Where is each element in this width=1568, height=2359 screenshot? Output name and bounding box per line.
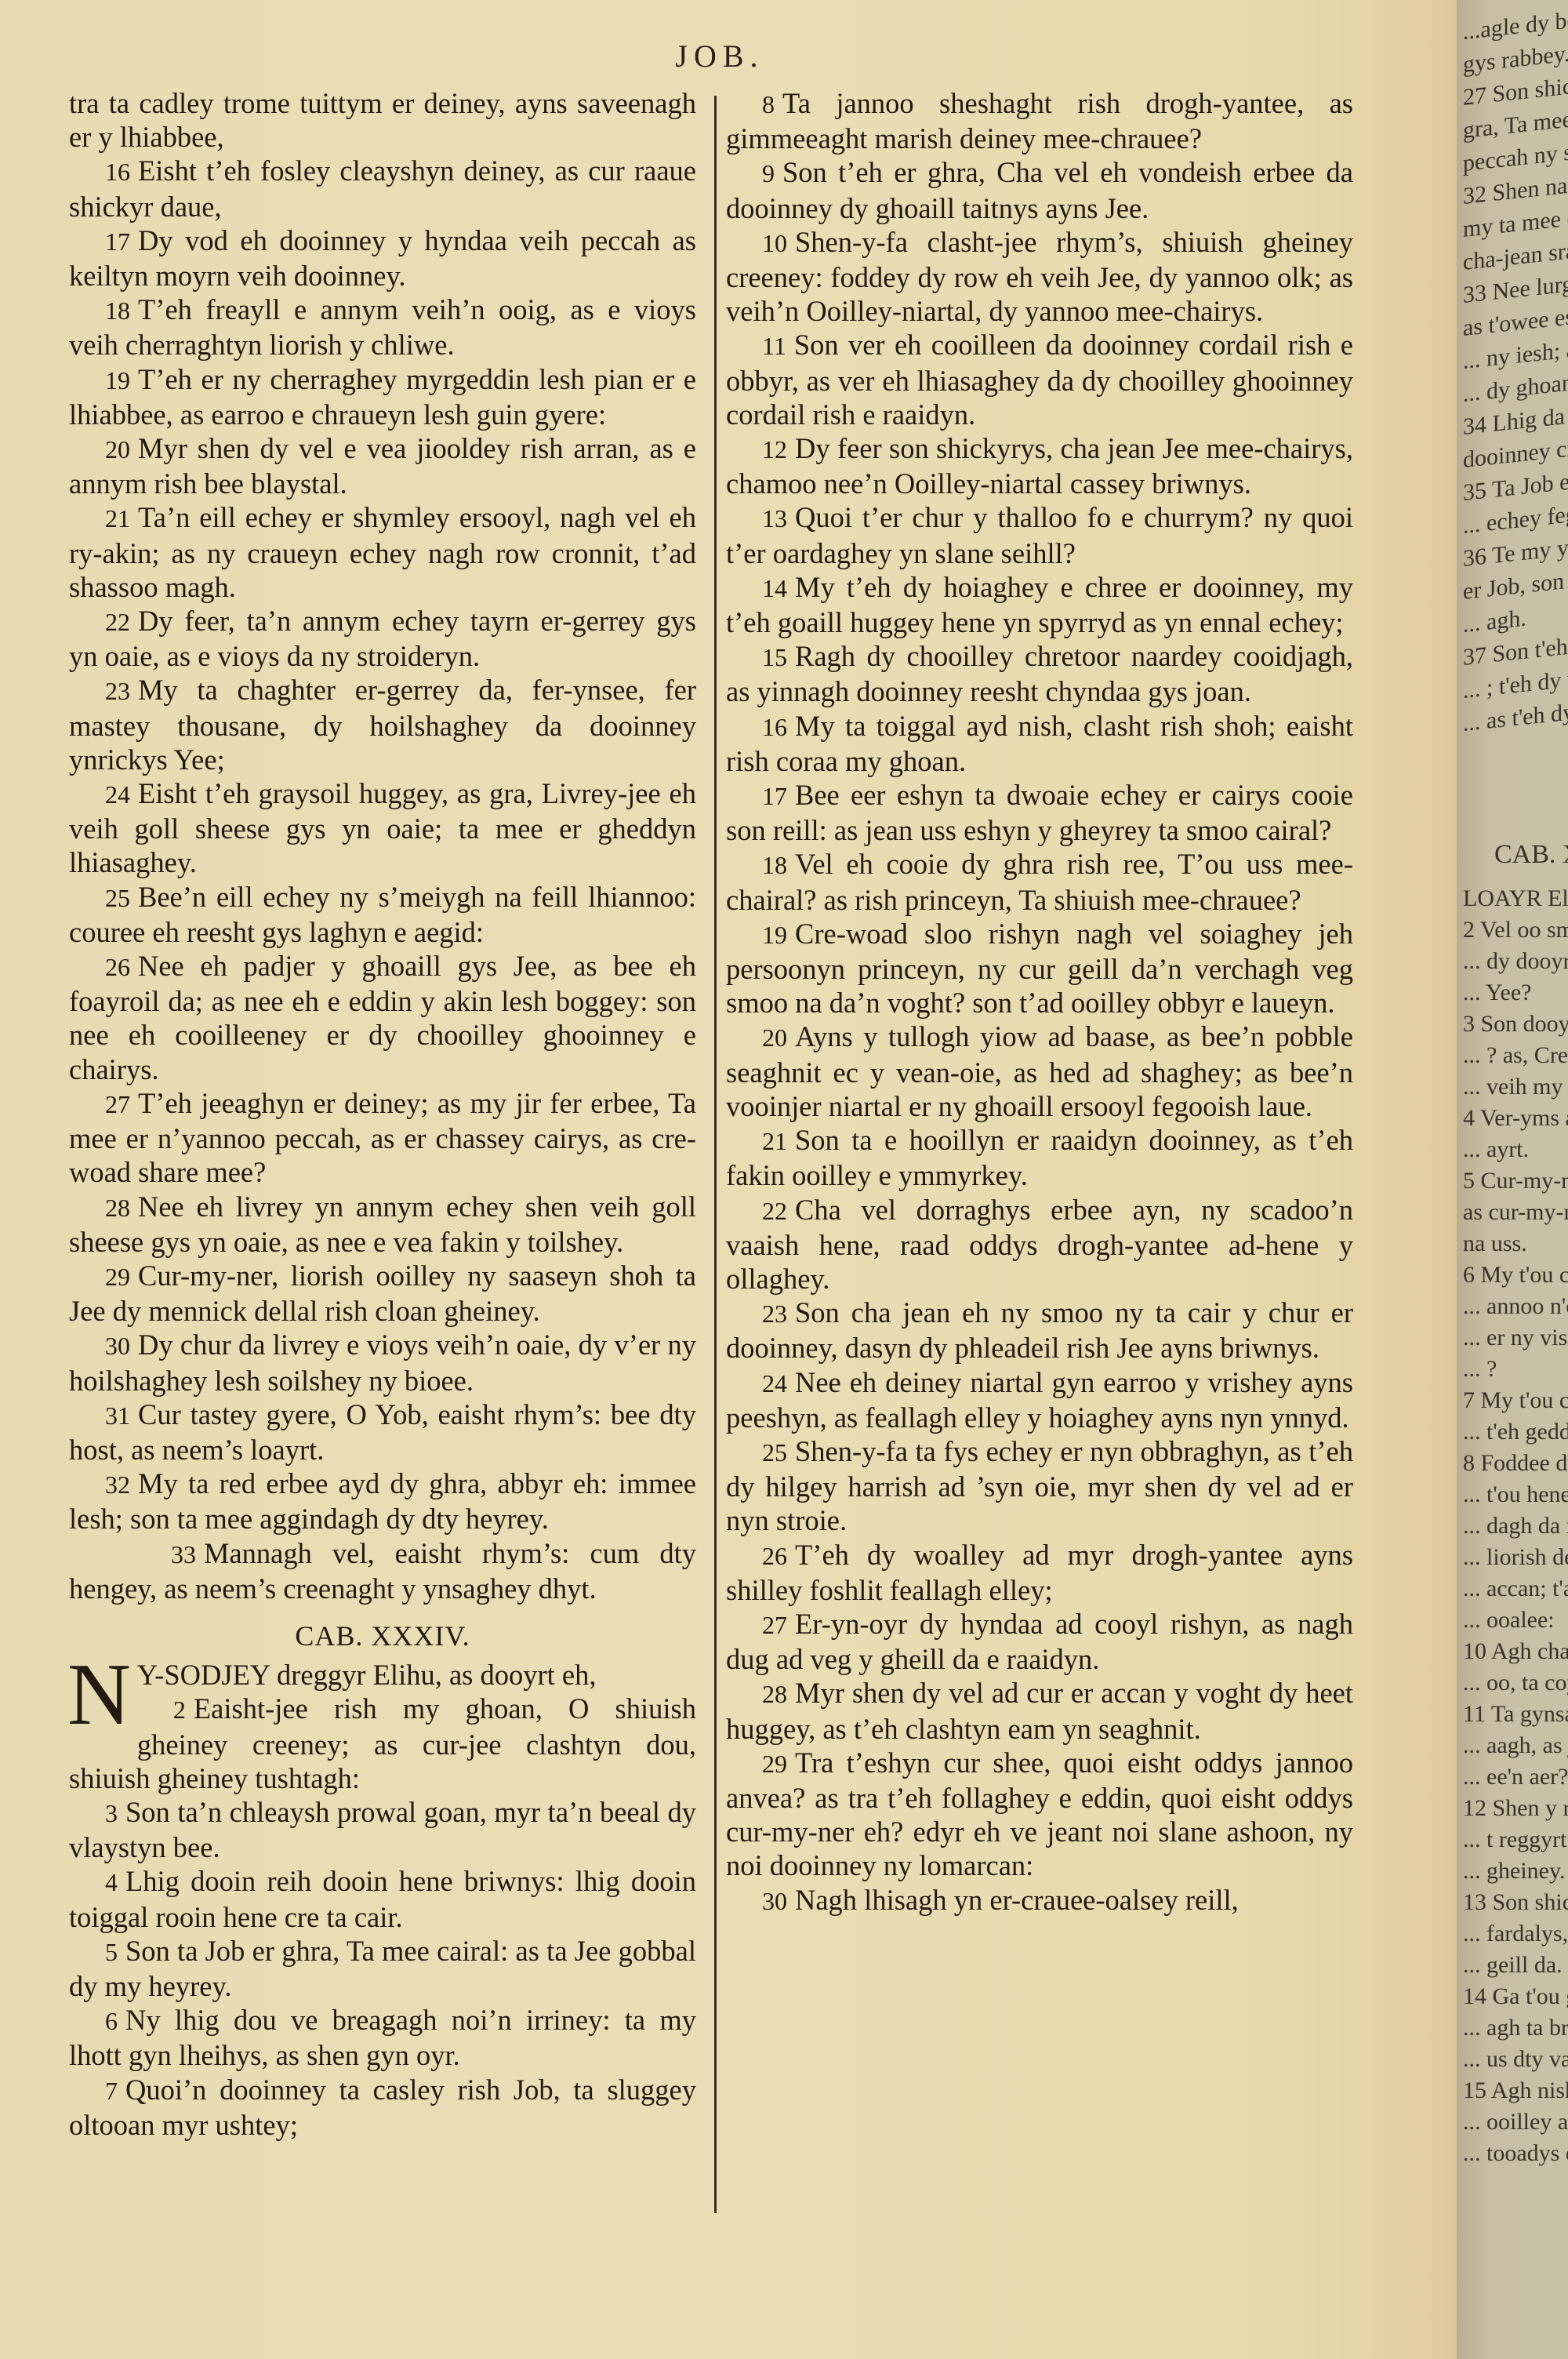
adjacent-page-line: ... accan; t'ad geam xyxy=(1463,1573,1568,1605)
verse-text: Son ta’n chleaysh prowal goan, myr ta’n … xyxy=(69,1796,696,1863)
adjacent-page-line: ... dy dooyrt oo, Ta xyxy=(1463,946,1568,977)
verse-number: 17 xyxy=(105,227,130,256)
adjacent-page-line: 13 Son shickyrys cha jean xyxy=(1463,1887,1568,1918)
verse-number: 7 xyxy=(105,2077,118,2105)
verse: 26T’eh dy woalley ad myr drogh-yantee ay… xyxy=(726,1538,1353,1607)
verse-number: 4 xyxy=(105,1868,118,1896)
verse: 21Ta’n eill echey er shymley ersooyl, na… xyxy=(69,500,696,604)
verse: 17Bee eer eshyn ta dwoaie echey er cairy… xyxy=(726,778,1353,847)
verse-text: Ayns y tullogh yiow ad baase, as bee’n p… xyxy=(726,1020,1353,1121)
verse-text: Shen-y-fa ta fys echey er nyn obbraghyn,… xyxy=(726,1435,1353,1536)
verse-number: 23 xyxy=(105,677,130,705)
verse: 31Cur tastey gyere, O Yob, eaisht rhym’s… xyxy=(69,1398,696,1467)
verse: 29Tra t’eshyn cur shee, quoi eisht oddys… xyxy=(726,1746,1353,1883)
verse: 30Dy chur da livrey e vioys veih’n oaie,… xyxy=(69,1328,696,1397)
verse: 29Cur-my-ner, liorish ooilley ny saaseyn… xyxy=(69,1259,696,1328)
adjacent-page-line: as cur-my-ner ny bod xyxy=(1463,1197,1568,1228)
verse-text: Dy vod eh dooinney y hyndaa veih peccah … xyxy=(69,224,696,292)
verse-continuation: tra ta cadley trome tuittym er deiney, a… xyxy=(69,86,696,154)
adjacent-page-line: ... ? xyxy=(1463,1354,1568,1385)
adjacent-page-line: 10 Agh cha vel unnane xyxy=(1463,1636,1568,1667)
adjacent-page-line: ... tooadys e hen xyxy=(1463,2138,1568,2169)
verse-number: 26 xyxy=(762,1542,787,1570)
adjacent-page-line: ... oo, ta coyrt arraney xyxy=(1463,1667,1568,1699)
verse-text: Ta jannoo sheshaght rish drogh-yantee, a… xyxy=(726,87,1353,154)
verse-number: 24 xyxy=(762,1369,787,1398)
verse: 16My ta toiggal ayd nish, clasht rish sh… xyxy=(726,709,1353,778)
verse-number: 3 xyxy=(105,1799,118,1827)
verse-number: 16 xyxy=(105,158,130,186)
verse-text: Nee eh deiney niartal gyn earroo y vrish… xyxy=(726,1366,1353,1434)
verse-number: 28 xyxy=(762,1680,787,1708)
verse-text: Son cha jean eh ny smoo ny ta cair y chu… xyxy=(726,1296,1353,1364)
verse-text: Myr shen dy vel e vea jiooldey rish arra… xyxy=(69,432,696,500)
verse-text: Er-yn-oyr dy hyndaa ad cooyl rishyn, as … xyxy=(726,1608,1353,1675)
verse-number: 13 xyxy=(762,504,787,533)
verse-number: 28 xyxy=(105,1194,130,1222)
adjacent-page-line: ... agh ta briwnys kiongoyrt xyxy=(1463,2012,1568,2044)
verse-number: 26 xyxy=(105,953,130,981)
verse-number: 20 xyxy=(105,435,130,463)
verse-text: Son ta Job er ghra, Ta mee cairal: as ta… xyxy=(69,1935,696,2002)
verse-text: Dy chur da livrey e vioys veih’n oaie, d… xyxy=(69,1329,696,1396)
chapter-heading: CAB. XXXIV. xyxy=(69,1619,696,1653)
verse-text: Quoi t’er chur y thalloo fo e churrym? n… xyxy=(726,501,1353,569)
verse-text: Son ta e hooillyn er raaidyn dooinney, a… xyxy=(726,1124,1353,1191)
verse: 3Son ta’n chleaysh prowal goan, myr ta’n… xyxy=(69,1795,696,1864)
drop-cap: N xyxy=(67,1661,131,1728)
verse-number: 11 xyxy=(762,332,786,360)
adjacent-page-line: ... ayrt. xyxy=(1463,1134,1568,1165)
verse-number: 20 xyxy=(762,1023,787,1052)
adjacent-page-line: ... ooilley ayns e yymmoose xyxy=(1463,2106,1568,2138)
verse-text: Son ver eh cooilleen da dooinney cordail… xyxy=(726,329,1353,430)
verse-text: Quoi’n dooinney ta casley rish Job, ta s… xyxy=(69,2074,696,2141)
verse-text: Son t’eh er ghra, Cha vel eh vondeish er… xyxy=(726,156,1353,224)
left-column: tra ta cadley trome tuittym er deiney, a… xyxy=(69,86,696,2142)
verse-number: 29 xyxy=(762,1750,787,1778)
verse-text: T’eh dy woalley ad myr drogh-yantee ayns… xyxy=(726,1539,1353,1606)
verse-text: Cur-my-ner, liorish ooilley ny saaseyn s… xyxy=(69,1259,696,1327)
verse-text: Tra t’eshyn cur shee, quoi eisht oddys j… xyxy=(726,1747,1353,1882)
adjacent-page-line: ... veih my pheccah? xyxy=(1463,1071,1568,1103)
verse-number: 29 xyxy=(105,1263,130,1291)
adjacent-page-line: ... ooalee: xyxy=(1463,1605,1568,1636)
verse-text: Nagh lhisagh yn er-crauee-oalsey reill, xyxy=(795,1884,1239,1916)
verse-number: 19 xyxy=(105,366,130,394)
verse-number: 9 xyxy=(762,159,775,187)
adjacent-page-line: ... ? as, Cre'n cosney ve xyxy=(1463,1040,1568,1071)
verse-number: 25 xyxy=(105,884,130,912)
verse-text: T’eh er ny cherraghey myrgeddin lesh pia… xyxy=(69,363,696,431)
verse: 12Dy feer son shickyrys, cha jean Jee me… xyxy=(726,431,1353,500)
verse-number: 2 xyxy=(173,1696,186,1724)
verse-number: 22 xyxy=(762,1197,787,1225)
verse: 6Ny lhig dou ve breagagh noi’n irriney: … xyxy=(69,2003,696,2072)
adjacent-page-line: ... t reggyrt ad, kyndagh xyxy=(1463,1824,1568,1856)
verse: 13Quoi t’er chur y thalloo fo e churrym?… xyxy=(726,500,1353,569)
adjacent-page-line: ... ee'n aer? xyxy=(1463,1761,1568,1793)
verse-number: 5 xyxy=(105,1938,118,1966)
verse-number: 31 xyxy=(105,1401,130,1430)
verse-text: Dy feer, ta’n annym echey tayrn er-gerre… xyxy=(69,605,696,672)
verse: 16Eisht t’eh fosley cleayshyn deiney, as… xyxy=(69,154,696,223)
verse-number: 25 xyxy=(762,1438,787,1467)
verse: 25Bee’n eill echey ny s’meiygh na feill … xyxy=(69,880,696,949)
verse: 11Son ver eh cooilleen da dooinney corda… xyxy=(726,328,1353,431)
verse-number: 8 xyxy=(762,90,775,118)
adjacent-page-line: ... dagh da mac dooin xyxy=(1463,1510,1568,1542)
verse: 21Son ta e hooillyn er raaidyn dooinney,… xyxy=(726,1123,1353,1192)
adjacent-page-lower-text: CAB. XXXV. LOAYR Elihu ny-sodj2 Vel oo s… xyxy=(1463,839,1568,2169)
verse: 4Lhig dooin reih dooin hene briwnys: lhi… xyxy=(69,1864,696,1933)
verse-number: 27 xyxy=(762,1611,787,1639)
verse-text: My ta toiggal ayd nish, clasht rish shoh… xyxy=(726,710,1353,777)
verse: 17Dy vod eh dooinney y hyndaa veih pecca… xyxy=(69,224,696,293)
verse-text: Cur tastey gyere, O Yob, eaisht rhym’s: … xyxy=(69,1398,696,1466)
verse-text: My ta red erbee ayd dy ghra, abbyr eh: i… xyxy=(69,1467,696,1535)
verse: 18Vel eh cooie dy ghra rish ree, T’ou us… xyxy=(726,847,1353,916)
verse: 30Nagh lhisagh yn er-crauee-oalsey reill… xyxy=(726,1883,1353,1918)
verse-number: 27 xyxy=(105,1090,130,1118)
adjacent-page-line: ... liorish dewilys y tra xyxy=(1463,1542,1568,1573)
verse: 8Ta jannoo sheshaght rish drogh-yantee, … xyxy=(726,86,1353,155)
verse: 22Dy feer, ta’n annym echey tayrn er-ger… xyxy=(69,604,696,673)
adjacent-page-upper-text: ...agle dy beagh y rgys rabbey.27 Son sh… xyxy=(1463,0,1568,740)
adjacent-page-line: ... us dty varrant ersyn. xyxy=(1463,2044,1568,2075)
chapter-intro-text: Y-SODJEY dreggyr Elihu, as dooyrt eh, xyxy=(137,1659,597,1691)
verse-text: Myr shen dy vel ad cur er accan y voght … xyxy=(726,1677,1353,1744)
verse-number: 32 xyxy=(105,1470,130,1499)
verse: 24Nee eh deiney niartal gyn earroo y vri… xyxy=(726,1365,1353,1434)
verse: 28Myr shen dy vel ad cur er accan y vogh… xyxy=(726,1676,1353,1745)
verse-number: 18 xyxy=(762,851,787,879)
adjacent-page-line: na uss. xyxy=(1463,1228,1568,1259)
verse-number: 17 xyxy=(762,782,787,810)
verse: 26Nee eh padjer y ghoaill gys Jee, as be… xyxy=(69,949,696,1086)
verse-text: Ragh dy chooilley chretoor naardey cooid… xyxy=(726,640,1353,707)
adjacent-page-line: 8 Foddee dt'olkys jann xyxy=(1463,1448,1568,1479)
verse: 33Mannagh vel, eaisht rhym’s: cum dty he… xyxy=(69,1536,696,1605)
verse-number: 10 xyxy=(762,229,787,257)
adjacent-page-line: 3 Son dooyrt oo, Cre' xyxy=(1463,1009,1568,1040)
verse: 9Son t’eh er ghra, Cha vel eh vondeish e… xyxy=(726,155,1353,224)
adjacent-page-line: ... er ny vishaghey, cre xyxy=(1463,1322,1568,1354)
adjacent-page-line: 2 Vel oo smooina xyxy=(1463,914,1568,946)
adjacent-page-line: 11 Ta gynsaghey shin ny xyxy=(1463,1699,1568,1730)
running-head: JOB. xyxy=(657,38,782,75)
verse-number: 23 xyxy=(762,1299,787,1328)
verse-text: Cha vel dorraghys erbee ayn, ny scadoo’n… xyxy=(726,1194,1353,1295)
adjacent-page-line: ... annoo n'oi? ny my t xyxy=(1463,1291,1568,1322)
verse-number: 22 xyxy=(105,608,130,636)
verse-number: 24 xyxy=(105,780,130,809)
verse-text: Bee eer eshyn ta dwoaie echey er cairys … xyxy=(726,779,1353,846)
adjacent-page-line: LOAYR Elihu ny-sodj xyxy=(1463,883,1568,914)
verse-number: 19 xyxy=(762,921,787,949)
verse-number: 18 xyxy=(105,296,130,325)
adjacent-page-line: 5 Cur-my-ner ny ni xyxy=(1463,1165,1568,1197)
verse-text: Eaisht-jee rish my ghoan, O shiuish ghei… xyxy=(69,1692,696,1794)
verse-number: 33 xyxy=(171,1540,196,1568)
verse-text: Mannagh vel, eaisht rhym’s: cum dty heng… xyxy=(69,1537,696,1605)
verse: 20Ayns y tullogh yiow ad baase, as bee’n… xyxy=(726,1020,1353,1123)
verse-text: Eisht t’eh graysoil huggey, as gra, Livr… xyxy=(69,777,696,878)
chapter-intro: NY-SODJEY dreggyr Elihu, as dooyrt eh, xyxy=(69,1658,696,1692)
verse-text: Cre-woad sloo rishyn nagh vel soiaghey j… xyxy=(726,918,1353,1019)
verse-text: Ta’n eill echey er shymley ersooyl, nagh… xyxy=(69,501,696,602)
adjacent-page-line: ... fardalys, chamoo nee'n xyxy=(1463,1918,1568,1950)
verse-text: T’eh jeeaghyn er deiney; as my jir fer e… xyxy=(69,1087,696,1188)
verse-number: 21 xyxy=(105,504,130,533)
verse-text: Nee eh livrey yn annym echey shen veih g… xyxy=(69,1190,696,1258)
column-divider xyxy=(714,96,717,2213)
verse: 7Quoi’n dooinney ta casley rish Job, ta … xyxy=(69,2073,696,2142)
right-column: 8Ta jannoo sheshaght rish drogh-yantee, … xyxy=(726,86,1353,1918)
verse-number: 30 xyxy=(762,1887,787,1915)
verse: 19T’eh er ny cherraghey myrgeddin lesh p… xyxy=(69,362,696,431)
verse-text: Eisht t’eh fosley cleayshyn deiney, as c… xyxy=(69,154,696,222)
book-page-left: JOB. tra ta cadley trome tuittym er dein… xyxy=(0,0,1457,2359)
verse: 10Shen-y-fa clasht-jee rhym’s, shiuish g… xyxy=(726,225,1353,329)
adjacent-page-line: ... t'ou hene, as fod xyxy=(1463,1479,1568,1510)
verse-text: My t’eh dy hoiaghey e chree er dooinney,… xyxy=(726,571,1353,638)
verse-text: T’eh freayll e annym veih’n ooig, as e v… xyxy=(69,293,696,361)
adjacent-page-line: ... gheiney. xyxy=(1463,1856,1568,1887)
verse-number: 16 xyxy=(762,713,787,741)
verse: 5Son ta Job er ghra, Ta mee cairal: as t… xyxy=(69,1934,696,2003)
adjacent-page-line: 12 Shen y raad t'ad geam xyxy=(1463,1793,1568,1824)
verse-number: 21 xyxy=(762,1127,787,1155)
verse: 19Cre-woad sloo rishyn nagh vel soiaghey… xyxy=(726,917,1353,1020)
verse: 28Nee eh livrey yn annym echey shen veih… xyxy=(69,1190,696,1259)
verse: 24Eisht t’eh graysoil huggey, as gra, Li… xyxy=(69,776,696,880)
adjacent-page-line: ... Yee? xyxy=(1463,977,1568,1009)
adjacent-page-line: 15 Agh nish, er-yn-oyr nag xyxy=(1463,2075,1568,2106)
adjacent-page-line: 7 My t'ou cairagh, cre xyxy=(1463,1385,1568,1416)
verse-number: 30 xyxy=(105,1332,130,1360)
verse: 25Shen-y-fa ta fys echey er nyn obbraghy… xyxy=(726,1434,1353,1538)
verse: 14My t’eh dy hoiaghey e chree er dooinne… xyxy=(726,570,1353,639)
adjacent-chapter-heading: CAB. XXXV. xyxy=(1494,839,1568,871)
adjacent-page-line: ... geill da. xyxy=(1463,1950,1568,1981)
verse-number: 15 xyxy=(762,643,787,671)
verse-text: Shen-y-fa clasht-jee rhym’s, shiuish ghe… xyxy=(726,226,1353,327)
adjacent-page-line: ... t'eh geddyn veih d xyxy=(1463,1416,1568,1448)
verse-text: Vel eh cooie dy ghra rish ree, T’ou uss … xyxy=(726,848,1353,915)
verse: 23Son cha jean eh ny smoo ny ta cair y c… xyxy=(726,1296,1353,1365)
verse: 27T’eh jeeaghyn er deiney; as my jir fer… xyxy=(69,1086,696,1190)
verse-number: 12 xyxy=(762,435,787,463)
verse-text: Bee’n eill echey ny s’meiygh na feill lh… xyxy=(69,881,696,948)
verse: 2Eaisht-jee rish my ghoan, O shiuish ghe… xyxy=(69,1692,696,1795)
verse: 22Cha vel dorraghys erbee ayn, ny scadoo… xyxy=(726,1193,1353,1296)
adjacent-page-line: 6 My t'ou cur-rish p xyxy=(1463,1259,1568,1291)
verse-text: My ta chaghter er-gerrey da, fer-ynsee, … xyxy=(69,674,696,775)
verse: 23My ta chaghter er-gerrey da, fer-ynsee… xyxy=(69,673,696,776)
verse-number: 6 xyxy=(105,2007,118,2035)
verse: 32My ta red erbee ayd dy ghra, abbyr eh:… xyxy=(69,1467,696,1536)
verse-number: 14 xyxy=(762,574,787,602)
verse: 18T’eh freayll e annym veih’n ooig, as e… xyxy=(69,293,696,362)
adjacent-page-line: ... aagh, as jannoo shin xyxy=(1463,1730,1568,1761)
adjacent-page-edge: ...agle dy beagh y rgys rabbey.27 Son sh… xyxy=(1457,0,1568,2359)
adjacent-page-line: 14 Ga t'ou gra nagh jean xyxy=(1463,1981,1568,2012)
verse: 15Ragh dy chooilley chretoor naardey coo… xyxy=(726,639,1353,708)
verse-text: Ny lhig dou ve breagagh noi’n irriney: t… xyxy=(69,2004,696,2071)
adjacent-page-line: 4 Ver-yms ansoor dhyt' xyxy=(1463,1103,1568,1134)
verse-text: Nee eh padjer y ghoaill gys Jee, as bee … xyxy=(69,950,696,1085)
verse: 20Myr shen dy vel e vea jiooldey rish ar… xyxy=(69,431,696,500)
verse-text: Lhig dooin reih dooin hene briwnys: lhig… xyxy=(69,1865,696,1932)
verse: 27Er-yn-oyr dy hyndaa ad cooyl rishyn, a… xyxy=(726,1607,1353,1676)
verse-text: Dy feer son shickyrys, cha jean Jee mee-… xyxy=(726,432,1353,500)
